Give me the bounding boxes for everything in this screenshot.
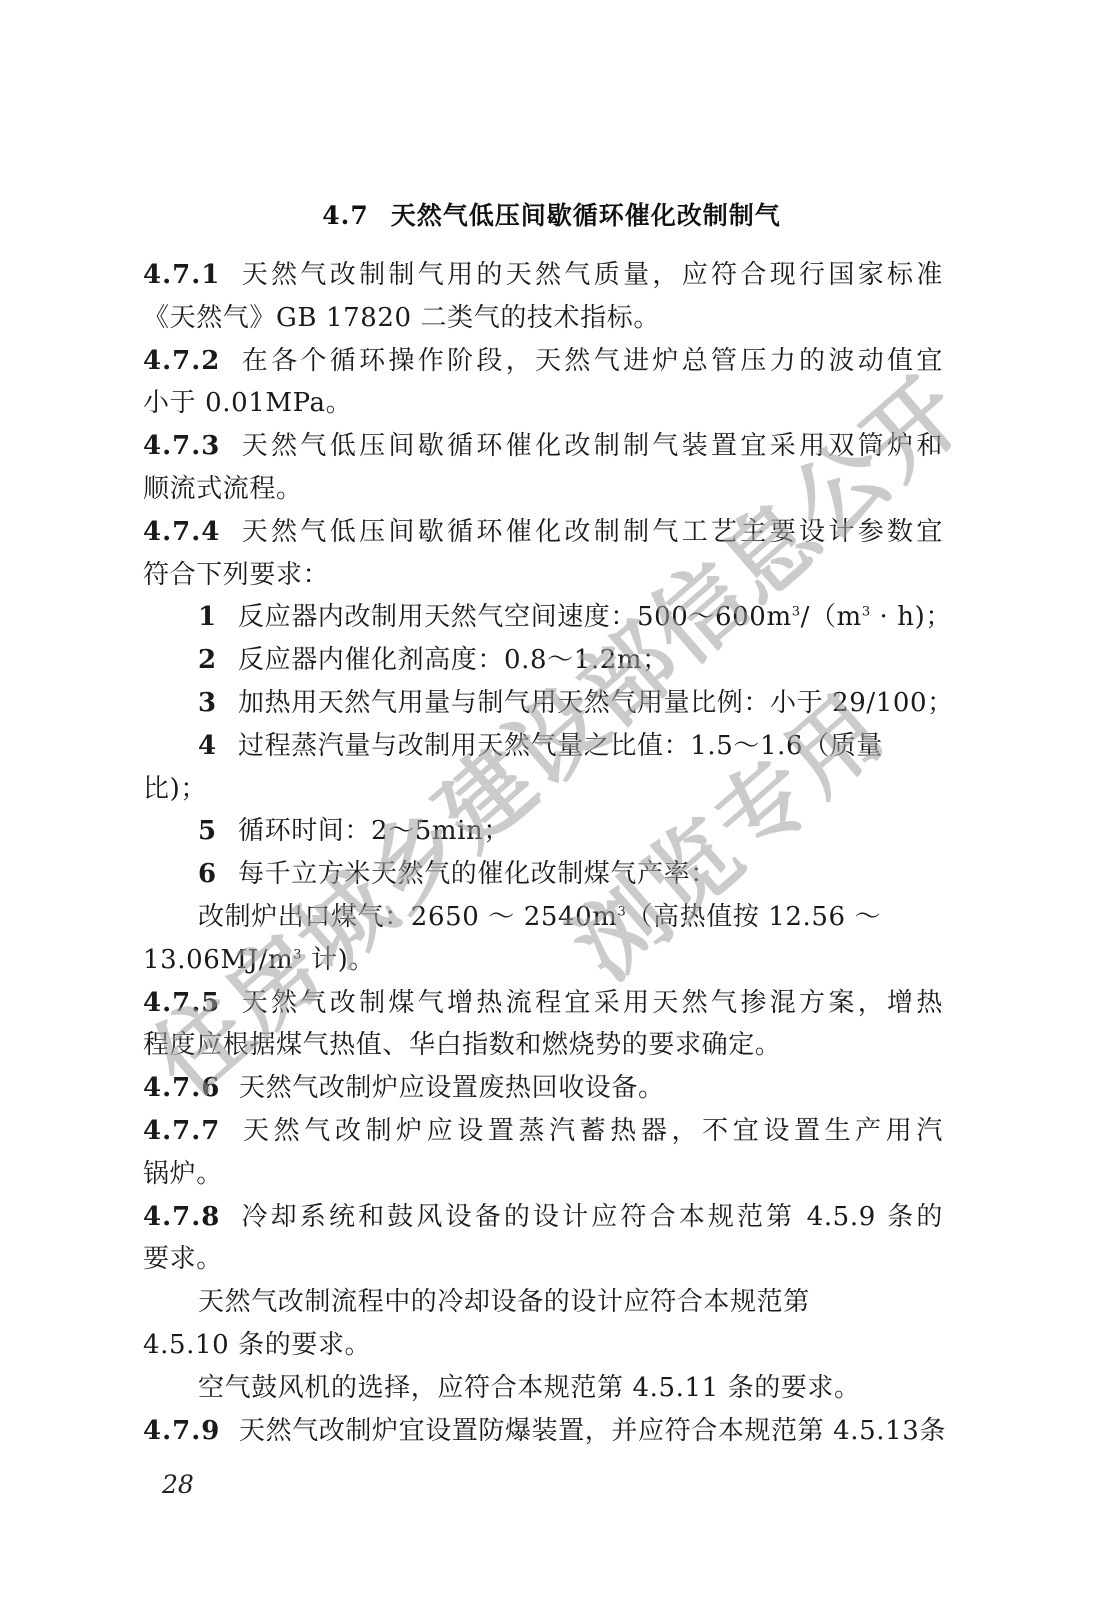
clause-text: 天然气改制炉宜设置防爆装置，并应符合本规范第 4.5.13条 [239,1416,946,1446]
clause-number: 4.7.3 [143,425,239,468]
superscript: 3 [792,605,801,620]
clause-text: 《天然气》GB 17820 二类气的技术指标。 [143,303,660,333]
section-title-text: 天然气低压间歇循环催化改制制气 [391,201,781,230]
item-number: 4 [198,725,238,768]
section-number: 4.7 [322,201,369,230]
item-number: 6 [198,853,238,896]
item-number: 5 [198,810,238,853]
clause-text: 符合下列要求： [143,560,329,590]
clause-continuation: 小于 0.01MPa。 [143,382,943,425]
clause-text: 天然气改制炉应设置蒸汽蓄热器，不宜设置生产用汽 [239,1116,943,1146]
list-item-4: 4过程蒸汽量与改制用天然气量之比值：1.5～1.6（质量 [143,725,943,768]
item-number: 2 [198,639,238,682]
item-text: 每千立方米天然气的催化改制煤气产率： [238,859,717,889]
clause-4-7-1: 4.7.1天然气改制制气用的天然气质量，应符合现行国家标准 [143,254,943,297]
clause-text: 天然气改制流程中的冷却设备的设计应符合本规范第 [198,1287,810,1317]
clause-text: 天然气改制制气用的天然气质量，应符合现行国家标准 [239,260,943,290]
clause-text: 要求。 [143,1244,223,1274]
clause-continuation: 锅炉。 [143,1153,943,1196]
clause-continuation: 要求。 [143,1238,943,1281]
item-number: 3 [198,682,238,725]
clause-text: 天然气低压间歇循环催化改制制气装置宜采用双筒炉和 [239,431,943,461]
item-text: 反应器内催化剂高度：0.8～1.2m； [238,645,669,675]
clause-number: 4.7.5 [143,982,239,1025]
clause-text: 冷却系统和鼓风设备的设计应符合本规范第 4.5.9 条的 [239,1202,943,1232]
item-text: · h)； [871,602,952,632]
clause-4-7-5: 4.7.5天然气改制煤气增热流程宜采用天然气掺混方案，增热 [143,982,943,1025]
clause-4-7-4: 4.7.4天然气低压间歇循环催化改制制气工艺主要设计参数宜 [143,511,943,554]
clause-continuation: 4.5.10 条的要求。 [143,1324,943,1367]
list-item-6: 6每千立方米天然气的催化改制煤气产率： [143,853,943,896]
clause-text: 天然气低压间歇循环催化改制制气工艺主要设计参数宜 [239,517,943,547]
clause-4-7-7: 4.7.7天然气改制炉应设置蒸汽蓄热器，不宜设置生产用汽 [143,1110,943,1153]
list-item-1: 1反应器内改制用天然气空间速度：500～600m3/（m3 · h)； [143,596,943,639]
clause-text: 顺流式流程。 [143,474,303,504]
clause-4-7-8-para3: 空气鼓风机的选择，应符合本规范第 4.5.11 条的要求。 [143,1367,943,1410]
clause-text: 4.5.10 条的要求。 [143,1330,371,1360]
item-number: 1 [198,596,238,639]
clause-number: 4.7.1 [143,254,239,297]
clause-text: 小于 0.01MPa。 [143,388,352,418]
item-text: 过程蒸汽量与改制用天然气量之比值：1.5～1.6（质量 [238,731,883,761]
clause-text: 天然气改制煤气增热流程宜采用天然气掺混方案，增热 [239,988,943,1018]
section-title: 4.7天然气低压间歇循环催化改制制气 [0,196,1103,232]
item-6-detail: 改制炉出口煤气：2650 ～ 2540m3（高热值按 12.56 ～ [143,896,943,939]
item-text: 计)。 [302,945,375,975]
clause-4-7-6: 4.7.6天然气改制炉应设置废热回收设备。 [143,1067,943,1110]
superscript: 3 [862,605,871,620]
item-continuation: 13.06MJ/m3 计)。 [143,939,943,982]
clause-text: 空气鼓风机的选择，应符合本规范第 4.5.11 条的要求。 [198,1373,861,1403]
clause-continuation: 符合下列要求： [143,554,943,597]
item-text: 反应器内改制用天然气空间速度：500～600m [238,602,792,632]
item-text: 循环时间：2～5min； [238,816,510,846]
item-text: 比)； [143,774,207,804]
clause-number: 4.7.8 [143,1196,239,1239]
clause-text: 天然气改制炉应设置废热回收设备。 [239,1073,665,1103]
clause-continuation: 顺流式流程。 [143,468,943,511]
clause-4-7-8: 4.7.8冷却系统和鼓风设备的设计应符合本规范第 4.5.9 条的 [143,1196,943,1239]
clause-text: 在各个循环操作阶段，天然气进炉总管压力的波动值宜 [239,346,943,376]
clause-4-7-9: 4.7.9天然气改制炉宜设置防爆装置，并应符合本规范第 4.5.13条 [143,1410,943,1453]
page-number: 28 [162,1470,194,1499]
clause-body: 4.7.1天然气改制制气用的天然气质量，应符合现行国家标准 《天然气》GB 17… [143,254,943,1452]
clause-number: 4.7.7 [143,1110,239,1153]
item-continuation: 比)； [143,768,943,811]
clause-4-7-2: 4.7.2在各个循环操作阶段，天然气进炉总管压力的波动值宜 [143,340,943,383]
list-item-2: 2反应器内催化剂高度：0.8～1.2m； [143,639,943,682]
list-item-3: 3加热用天然气用量与制气用天然气用量比例：小于 29/100； [143,682,943,725]
clause-text: 程度应根据煤气热值、华白指数和燃烧势的要求确定。 [143,1030,781,1060]
clause-text: 锅炉。 [143,1159,223,1189]
superscript: 3 [293,947,302,962]
clause-continuation: 程度应根据煤气热值、华白指数和燃烧势的要求确定。 [143,1024,943,1067]
clause-number: 4.7.2 [143,340,239,383]
list-item-5: 5循环时间：2～5min； [143,810,943,853]
clause-number: 4.7.4 [143,511,239,554]
item-text: /（m [801,602,862,632]
clause-number: 4.7.6 [143,1067,239,1110]
clause-continuation: 《天然气》GB 17820 二类气的技术指标。 [143,297,943,340]
item-text: 改制炉出口煤气：2650 ～ 2540m [198,902,618,932]
item-text: 加热用天然气用量与制气用天然气用量比例：小于 29/100； [238,688,954,718]
item-text: （高热值按 12.56 ～ [626,902,881,932]
clause-4-7-8-para2: 天然气改制流程中的冷却设备的设计应符合本规范第 [143,1281,943,1324]
document-page: 4.7天然气低压间歇循环催化改制制气 4.7.1天然气改制制气用的天然气质量，应… [0,0,1103,1598]
clause-number: 4.7.9 [143,1410,239,1453]
item-text: 13.06MJ/m [143,945,293,975]
clause-4-7-3: 4.7.3天然气低压间歇循环催化改制制气装置宜采用双筒炉和 [143,425,943,468]
